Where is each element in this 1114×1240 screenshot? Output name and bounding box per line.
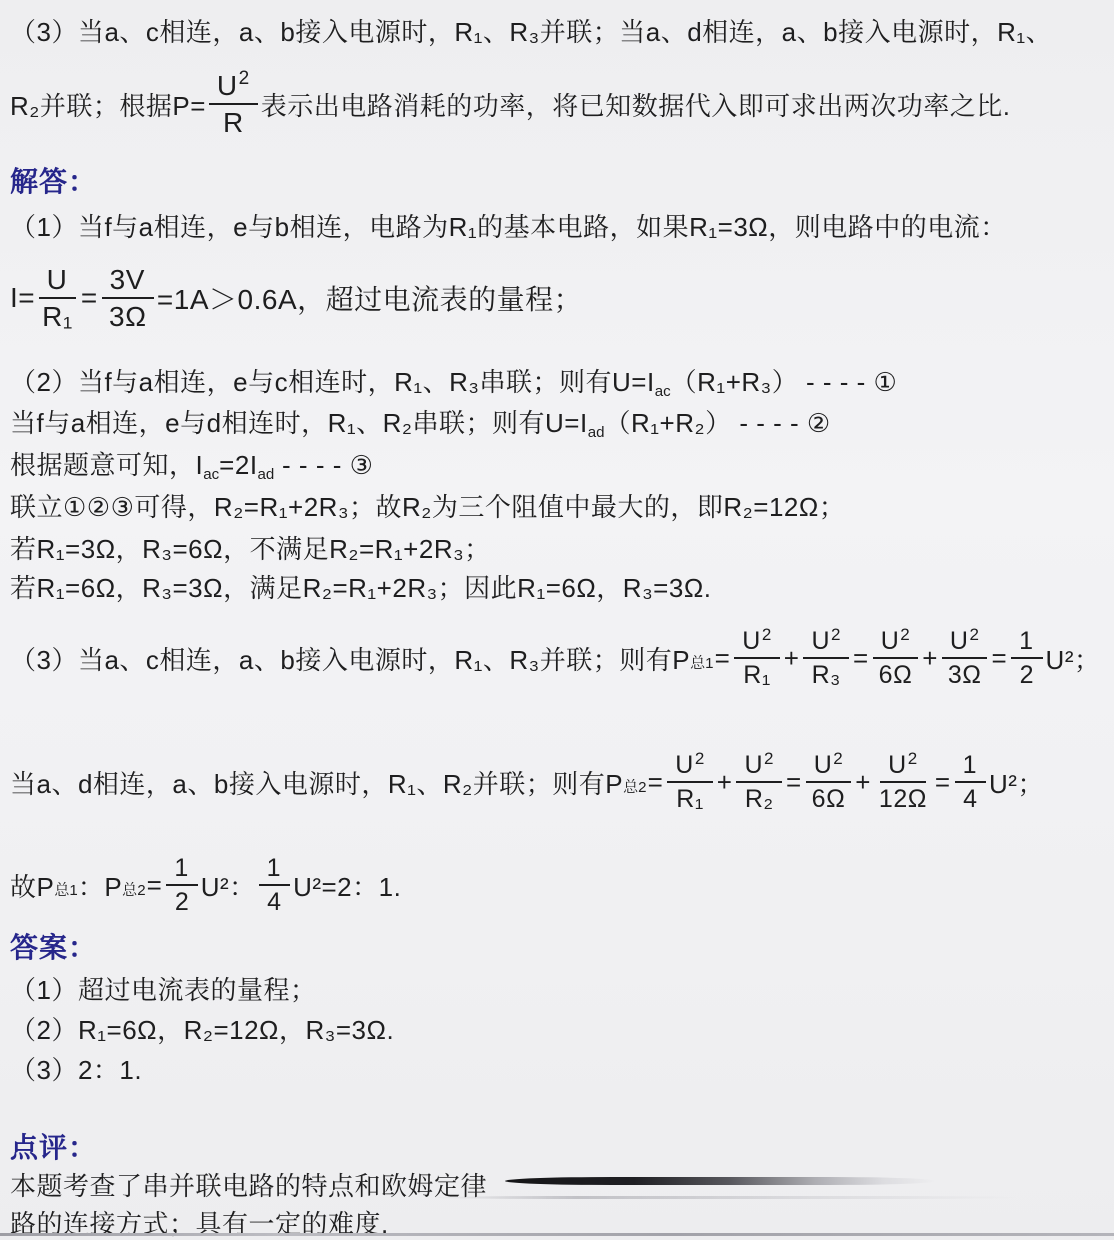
current-subscript-ad: ad <box>588 424 605 441</box>
numerator-exponent: 2 <box>833 749 843 768</box>
numerator-exponent: 2 <box>831 625 841 644</box>
fraction-numerator: 1 <box>166 854 197 886</box>
analysis-line1: （3）当a、c相连，a、b接入电源时，R₁、R₃并联；当a、d相连，a、b接入电… <box>10 12 1052 49</box>
fraction-one-quarter: 1 4 <box>259 854 290 916</box>
power-subscript-total2: 总2 <box>623 776 646 797</box>
step2-line1-tail: （R₁+R₃） - - - - ① <box>671 367 898 397</box>
answer-item-1: （1）超过电流表的量程； <box>10 970 316 1007</box>
current-subscript-ac: ac <box>655 383 671 400</box>
fraction-one-half: 1 2 <box>1011 627 1042 689</box>
plus-sign: + <box>784 643 800 674</box>
fraction-numerator: U2 <box>667 751 713 783</box>
fraction-denominator: 3Ω <box>944 659 986 689</box>
current-formula: I= U R₁ = 3V 3Ω =1A＞0.6A，超过电流表的量程； <box>10 252 582 344</box>
fraction-u2-r1: U2 R₁ <box>734 627 780 689</box>
fraction-u2-3ohm: U2 3Ω <box>942 627 988 689</box>
section-title-answer: 答案： <box>10 926 97 966</box>
fraction-u2-r3: U2 R₃ <box>803 627 849 689</box>
ratio-separator: U²： <box>201 867 256 904</box>
numerator-exponent: 2 <box>239 68 250 89</box>
fraction-numerator: U2 <box>209 70 258 105</box>
conclusion-mid-text: ：P <box>78 867 122 904</box>
step2-line2-text: 当f与a相连，e与d相连时，R₁、R₂串联；则有U=I <box>10 408 588 438</box>
numerator-base: 3V <box>110 264 145 295</box>
conclusion-text: 故P <box>10 867 54 904</box>
fraction-numerator: U2 <box>734 627 780 659</box>
ink-smear-faint-line <box>430 1196 1020 1199</box>
equals-sign: = <box>991 643 1007 674</box>
case1-text: （3）当a、c相连，a、b接入电源时，R₁、R₃并联；则有P <box>10 640 690 677</box>
fraction-u2-r2: U2 R₂ <box>736 751 782 813</box>
numerator-base: U <box>950 627 969 655</box>
current-fraction-symbolic: U R₁ <box>38 264 77 333</box>
fraction-denominator: R₂ <box>741 783 778 813</box>
fraction-denominator: 6Ω <box>875 659 917 689</box>
numerator-base: 1 <box>174 854 188 882</box>
numerator-exponent: 2 <box>969 625 979 644</box>
scanned-solution-page: { "colors": { "heading": "#26268b", "tex… <box>0 0 1114 1240</box>
step2-line3-mid: =2I <box>219 450 257 480</box>
power-subscript-total1: 总1 <box>54 879 77 900</box>
ratio-result: U²=2：1. <box>293 867 401 904</box>
ink-smear-mark <box>505 1177 935 1185</box>
solution-step2-line3: 根据题意可知，Iac=2Iad - - - - ③ <box>10 445 373 482</box>
solution-step1-line: （1）当f与a相连，e与b相连，电路为R₁的基本电路，如果R₁=3Ω，则电路中的… <box>10 207 1007 244</box>
power-definition-fraction: U2 R <box>209 70 258 139</box>
case2-result: U²； <box>989 764 1044 801</box>
fraction-u2-6ohm: U2 6Ω <box>806 751 852 813</box>
current-subscript-ac: ac <box>203 466 219 483</box>
numerator-base: U <box>814 751 833 779</box>
fraction-denominator: 2 <box>171 886 193 916</box>
formula-result: =1A＞0.6A，超过电流表的量程； <box>157 278 582 318</box>
solution-step2-line1: （2）当f与a相连，e与c相连时，R₁、R₃串联；则有U=Iac（R₁+R₃） … <box>10 362 897 399</box>
numerator-base: U <box>675 751 694 779</box>
power-formula-case1: （3）当a、c相连，a、b接入电源时，R₁、R₃并联；则有P总1= U2 R₁ … <box>10 608 1100 708</box>
case1-result: U²； <box>1046 640 1101 677</box>
numerator-exponent: 2 <box>900 625 910 644</box>
equals-sign: = <box>935 767 951 798</box>
equals-sign: = <box>648 767 664 798</box>
section-title-comment: 点评： <box>10 1126 97 1166</box>
equals-sign: = <box>81 282 98 314</box>
formula-lhs: I= <box>10 282 35 314</box>
fraction-numerator: U2 <box>806 751 852 783</box>
fraction-denominator: 4 <box>959 783 981 813</box>
numerator-base: U <box>881 627 900 655</box>
solution-step2-line5: 若R₁=3Ω，R₃=6Ω，不满足R₂=R₁+2R₃； <box>10 529 491 566</box>
numerator-exponent: 2 <box>762 625 772 644</box>
current-fraction-numeric: 3V 3Ω <box>102 264 154 333</box>
numerator-exponent: 2 <box>908 749 918 768</box>
analysis-line2-post: 表示出电路消耗的功率，将已知数据代入即可求出两次功率之比. <box>261 86 1011 123</box>
fraction-denominator: R₁ <box>672 783 708 813</box>
fraction-denominator: 3Ω <box>105 299 151 332</box>
plus-sign: + <box>717 767 733 798</box>
fraction-numerator: 1 <box>955 751 986 783</box>
numerator-exponent: 2 <box>695 749 705 768</box>
numerator-exponent: 2 <box>764 749 774 768</box>
numerator-base: U <box>47 264 68 295</box>
fraction-numerator: U2 <box>880 751 926 783</box>
equals-sign: = <box>786 767 802 798</box>
fraction-numerator: U2 <box>736 751 782 783</box>
fraction-denominator: R₃ <box>808 659 845 689</box>
solution-step2-line2: 当f与a相连，e与d相连时，R₁、R₂串联；则有U=Iad（R₁+R₂） - -… <box>10 403 831 440</box>
solution-step2-line4: 联立①②③可得，R₂=R₁+2R₃；故R₂为三个阻值中最大的，即R₂=12Ω； <box>10 487 845 524</box>
numerator-base: 1 <box>963 751 977 779</box>
equals-sign: = <box>715 643 731 674</box>
plus-sign: + <box>922 643 938 674</box>
fraction-denominator: R₁ <box>38 299 77 332</box>
fraction-denominator: 6Ω <box>808 783 850 813</box>
step2-line3-tail: - - - - ③ <box>274 450 373 480</box>
case2-text: 当a、d相连，a、b接入电源时，R₁、R₂并联；则有P <box>10 764 623 801</box>
analysis-line2-pre: R₂并联；根据P= <box>10 86 206 123</box>
fraction-u2-r1: U2 R₁ <box>667 751 713 813</box>
step2-line1-text: （2）当f与a相连，e与c相连时，R₁、R₃串联；则有U=I <box>10 367 655 397</box>
numerator-base: U <box>217 70 238 101</box>
fraction-denominator: 2 <box>1016 659 1038 689</box>
numerator-base: 1 <box>267 854 281 882</box>
fraction-numerator: 1 <box>1011 627 1042 659</box>
section-title-solution: 解答： <box>10 160 97 200</box>
fraction-numerator: 1 <box>259 854 290 886</box>
step2-line2-tail: （R₁+R₂） - - - - ② <box>605 408 831 438</box>
fraction-numerator: U2 <box>873 627 919 659</box>
fraction-u2-6ohm: U2 6Ω <box>873 627 919 689</box>
numerator-base: U <box>888 751 907 779</box>
current-subscript-ad: ad <box>258 466 275 483</box>
fraction-denominator: R <box>219 105 248 138</box>
answer-item-2: （2）R₁=6Ω，R₂=12Ω，R₃=3Ω. <box>10 1010 394 1047</box>
bottom-divider-line <box>0 1233 1114 1236</box>
fraction-one-quarter: 1 4 <box>955 751 986 813</box>
fraction-u2-12ohm: U2 12Ω <box>875 751 931 813</box>
fraction-denominator: R₁ <box>739 659 775 689</box>
analysis-line2: R₂并联；根据P= U2 R 表示出电路消耗的功率，将已知数据代入即可求出两次功… <box>10 58 1010 150</box>
solution-step2-line6: 若R₁=6Ω，R₃=3Ω，满足R₂=R₁+2R₃；因此R₁=6Ω，R₃=3Ω. <box>10 568 711 605</box>
fraction-denominator: 4 <box>263 886 285 916</box>
numerator-base: U <box>811 627 830 655</box>
fraction-denominator: 12Ω <box>875 783 931 813</box>
fraction-numerator: U <box>39 264 77 299</box>
numerator-base: U <box>744 751 763 779</box>
equals-sign: = <box>853 643 869 674</box>
power-subscript-total2: 总2 <box>122 879 145 900</box>
equals-sign: = <box>147 870 163 901</box>
power-ratio-conclusion: 故P总1：P总2= 1 2 U²： 1 4 U²=2：1. <box>10 842 401 928</box>
answer-item-3: （3）2：1. <box>10 1050 142 1087</box>
fraction-one-half: 1 2 <box>166 854 197 916</box>
step2-line3-text: 根据题意可知，I <box>10 450 203 480</box>
numerator-base: 1 <box>1019 627 1033 655</box>
power-formula-case2: 当a、d相连，a、b接入电源时，R₁、R₂并联；则有P总2= U2 R₁ + U… <box>10 732 1044 832</box>
comment-line1: 本题考查了串并联电路的特点和欧姆定律 <box>10 1166 487 1203</box>
fraction-numerator: U2 <box>942 627 988 659</box>
plus-sign: + <box>855 767 871 798</box>
fraction-numerator: U2 <box>803 627 849 659</box>
power-subscript-total1: 总1 <box>690 652 713 673</box>
numerator-base: U <box>742 627 761 655</box>
fraction-numerator: 3V <box>102 264 154 299</box>
